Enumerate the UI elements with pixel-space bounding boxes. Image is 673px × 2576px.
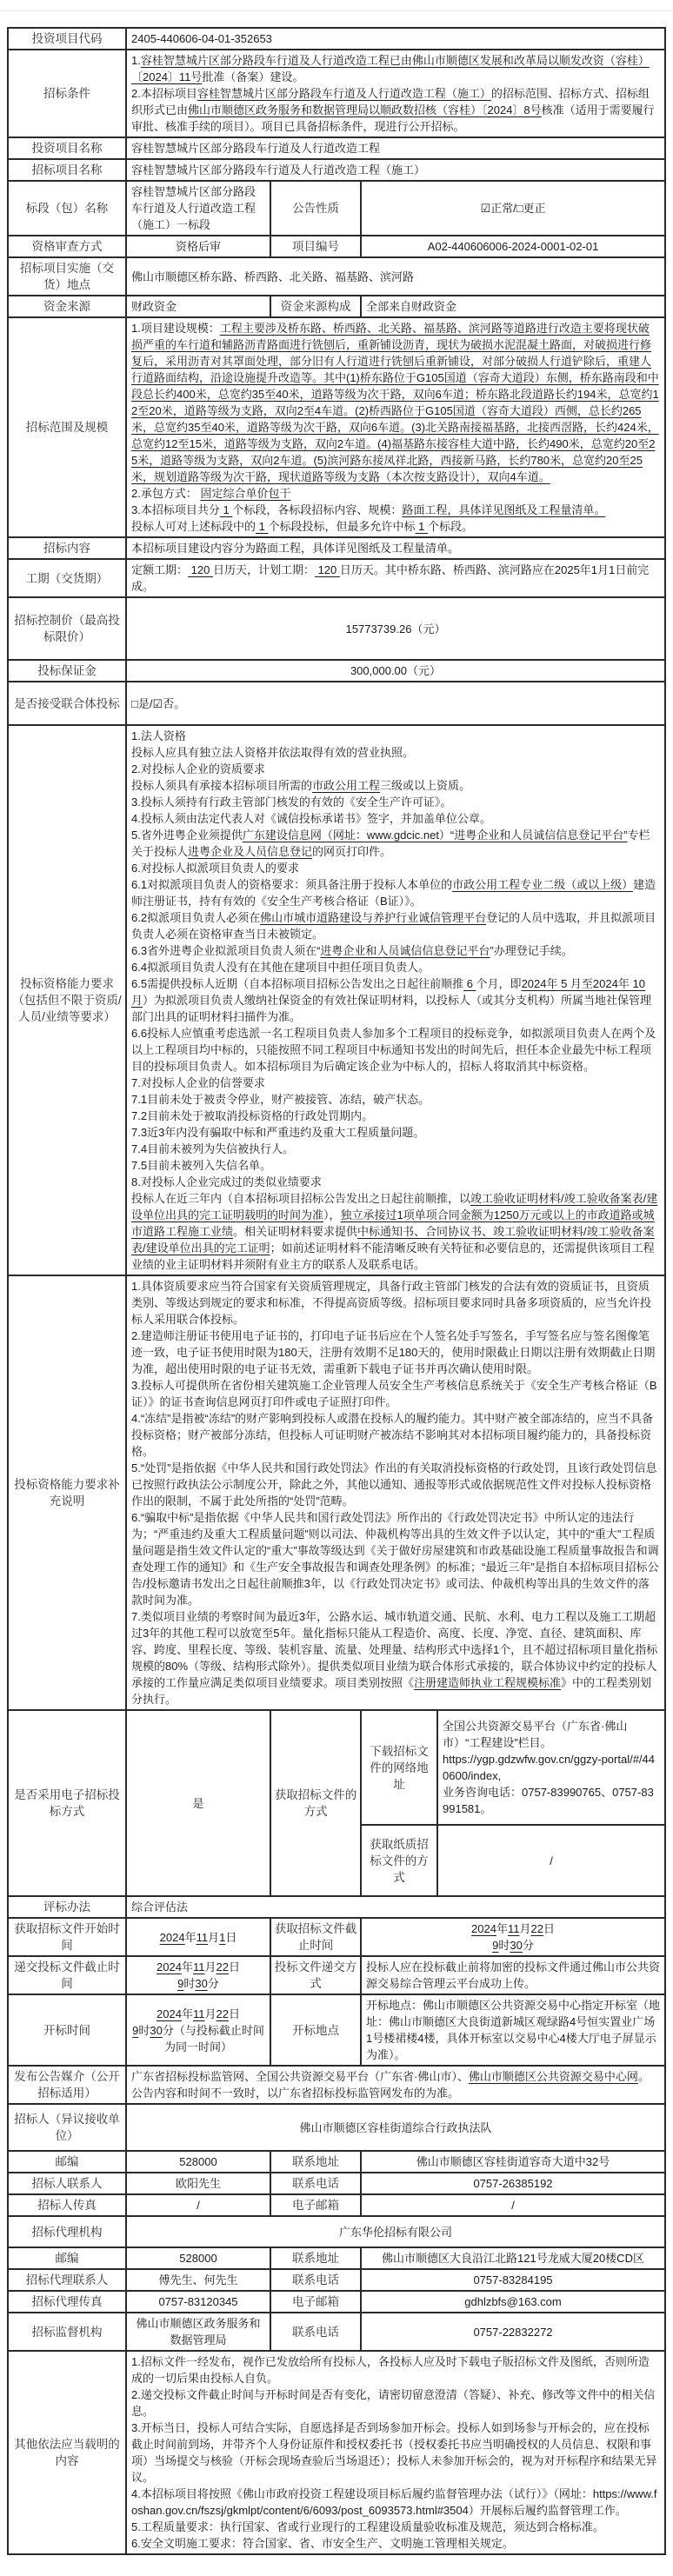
- value-tenderee-address: 佛山市顺德区容桂街道容奇大道中32号: [361, 2151, 665, 2173]
- label-doc-method: 获取招标文件的方式: [270, 1710, 361, 1896]
- label-agency-phone: 联系电话: [270, 2269, 361, 2291]
- label-download-address: 下载招标文件的网络地址: [361, 1710, 437, 1825]
- label-agency-address: 联系地址: [270, 2247, 361, 2269]
- label-tenderee-address: 联系地址: [270, 2151, 361, 2173]
- row-consortium: 是否接受联合体投标 □是/☑否。: [8, 682, 665, 725]
- label-submit-deadline: 递交投标文件截止时间: [8, 1956, 126, 1994]
- value-agency-email: gdhlzbfs@163.com: [361, 2291, 665, 2313]
- tender-notice-table: 投资项目代码 2405-440606-04-01-352653 招标条件 1.容…: [7, 27, 666, 2555]
- row-scope: 招标范围及规模 1.项目建设规模：工程主要涉及桥东路、桥西路、北关路、福基路、滨…: [8, 317, 665, 537]
- value-open-place: 开标地点：佛山市顺德区公共资源交易中心指定开标室（地址：佛山市顺德区大良街道新城…: [361, 1994, 665, 2066]
- value-other: 1.招标文件一经发布，视作已发放给所有投标人，各投标人应及时下载电子版招标文件及…: [126, 2351, 665, 2554]
- row-tender-name: 招标项目名称 容桂智慧城片区部分路段车行道及人行道改造工程（施工）: [8, 159, 665, 181]
- label-evaluation: 评标办法: [8, 1896, 126, 1918]
- value-fund-source: 财政资金: [126, 296, 270, 317]
- row-agency-contact-phone: 招标代理联系人 傅先生、何先生 联系电话 0757-83284195: [8, 2269, 665, 2291]
- label-tenderee: 招标人（异议接收单位）: [8, 2104, 126, 2151]
- label-paper-doc: 获取纸质招标文件的方式: [361, 1825, 437, 1896]
- value-open-time: 2024年11月22日9时30分（与投标截止时间为同一时间）: [126, 1994, 270, 2066]
- value-download-address: 全国公共资源交易平台（广东省·佛山市）“工程建设”栏目。https://ygp.…: [437, 1710, 665, 1825]
- label-qualification-requirements: 投标资格能力要求（包括但不限于资质/人员/业绩等要求）: [8, 725, 126, 1275]
- label-section-name: 标段（包）名称: [8, 181, 126, 236]
- label-e-bidding: 是否采用电子招标投标方式: [8, 1710, 126, 1896]
- value-tenderee-phone: 0757-26385192: [361, 2173, 665, 2194]
- value-consortium: □是/☑否。: [126, 682, 665, 725]
- value-content: 本招标项目建设内容分为路面工程，具体详见图纸及工程量清单。: [126, 537, 665, 559]
- row-supervisor: 招标监督机构 佛山市顺德区政务服务和数据管理局 联系电话 0757-228322…: [8, 2313, 665, 2351]
- label-project-no: 项目编号: [270, 236, 361, 257]
- row-section-notice-nature: 标段（包）名称 容桂智慧城片区部分路段车行道及人行道改造工程（施工）一标段 公告…: [8, 181, 665, 236]
- label-scope: 招标范围及规模: [8, 317, 126, 537]
- label-notice-nature: 公告性质: [270, 181, 361, 236]
- label-open-place: 开标地点: [270, 1994, 361, 2066]
- value-submit-deadline: 2024年11月22日9时30分: [126, 1956, 270, 1994]
- row-e-bidding-download: 是否采用电子招标投标方式 是 获取招标文件的方式 下载招标文件的网络地址 全国公…: [8, 1710, 665, 1825]
- value-media: 广东省招标投标监管网、全国公共资源交易平台（广东省·佛山市）、佛山市顺德区公共资…: [126, 2066, 665, 2104]
- value-qualification-mode: 资格后审: [126, 236, 270, 257]
- row-other: 其他依法应当载明的内容 1.招标文件一经发布，视作已发放给所有投标人，各投标人应…: [8, 2351, 665, 2554]
- value-e-bidding: 是: [126, 1710, 270, 1896]
- row-content: 招标内容 本招标项目建设内容分为路面工程，具体详见图纸及工程量清单。: [8, 537, 665, 559]
- page-top-rule: [0, 0, 673, 11]
- label-submit-method: 投标文件递交方式: [270, 1956, 361, 1994]
- label-duration: 工期（交货期）: [8, 559, 126, 597]
- value-agency-contact: 傅先生、何先生: [126, 2269, 270, 2291]
- value-scope: 1.项目建设规模：工程主要涉及桥东路、桥西路、北关路、福基路、滨河路等道路进行改…: [126, 317, 665, 537]
- label-qualification-mode: 资格审查方式: [8, 236, 126, 257]
- value-section-name: 容桂智慧城片区部分路段车行道及人行道改造工程（施工）一标段: [126, 181, 270, 236]
- value-tenderee-postcode: 528000: [126, 2151, 270, 2173]
- label-agency-fax: 招标代理传真: [8, 2291, 126, 2313]
- label-agency: 招标代理机构: [8, 2216, 126, 2247]
- row-agency-postcode-address: 邮编 528000 联系地址 佛山市顺德区大良沿江北路121号龙威大厦20楼CD…: [8, 2247, 665, 2269]
- label-doc-start: 获取招标文件开始时间: [8, 1918, 126, 1956]
- value-supervisor-phone: 0757-22832272: [361, 2313, 665, 2351]
- label-tenderee-contact: 招标人联系人: [8, 2173, 126, 2194]
- value-agency-phone: 0757-83284195: [361, 2269, 665, 2291]
- value-project-no: A02-440606006-2024-0001-02-01: [361, 236, 665, 257]
- row-bid-bond: 投标保证金 300,000.00（元）: [8, 660, 665, 682]
- row-agency-fax-email: 招标代理传真 0757-83120345 电子邮箱 gdhlzbfs@163.c…: [8, 2291, 665, 2313]
- value-submit-method: 投标人应在投标截止前将加密的投标文件通过佛山市公共资源交易综合管理云平台成功上传…: [361, 1956, 665, 1994]
- value-evaluation: 综合评估法: [126, 1896, 665, 1918]
- value-tender-name: 容桂智慧城片区部分路段车行道及人行道改造工程（施工）: [126, 159, 665, 181]
- label-tender-name: 招标项目名称: [8, 159, 126, 181]
- value-duration: 定额工期： 120 日历天，计划工期： 120 日历天。其中桥东路、桥西路、滨河…: [126, 559, 665, 597]
- value-tenderee: 佛山市顺德区容桂街道综合行政执法队: [126, 2104, 665, 2151]
- value-tenderee-contact: 欧阳先生: [126, 2173, 270, 2194]
- label-other: 其他依法应当载明的内容: [8, 2351, 126, 2554]
- value-qualification-supplement: 1.具体资质要求应当符合国家有关资质管理规定，具备行政主管部门核发的合法有效的资…: [126, 1275, 665, 1710]
- row-submit: 递交投标文件截止时间 2024年11月22日9时30分 投标文件递交方式 投标人…: [8, 1956, 665, 1994]
- label-investment-name: 投资项目名称: [8, 137, 126, 159]
- row-qualification-supplement: 投标资格能力要求补充说明 1.具体资质要求应当符合国家有关资质管理规定，具备行政…: [8, 1275, 665, 1710]
- label-control-price: 招标控制价（最高投标限价）: [8, 597, 126, 660]
- row-opening: 开标时间 2024年11月22日9时30分（与投标截止时间为同一时间） 开标地点…: [8, 1994, 665, 2066]
- label-tenderee-fax: 招标人传真: [8, 2194, 126, 2216]
- value-notice-nature: ☑正常/□更正: [361, 181, 665, 236]
- row-project-code: 投资项目代码 2405-440606-04-01-352653: [8, 28, 665, 50]
- value-agency: 广东华伦招标有限公司: [126, 2216, 665, 2247]
- row-duration: 工期（交货期） 定额工期： 120 日历天，计划工期： 120 日历天。其中桥东…: [8, 559, 665, 597]
- label-media: 发布公告媒介（公开招标适用）: [8, 2066, 126, 2104]
- value-paper-doc: /: [437, 1825, 665, 1896]
- label-location: 招标项目实施（交货）地点: [8, 257, 126, 296]
- row-investment-name: 投资项目名称 容桂智慧城片区部分路段车行道及人行道改造工程: [8, 137, 665, 159]
- value-supervisor: 佛山市顺德区政务服务和数据管理局: [126, 2313, 270, 2351]
- label-supervisor: 招标监督机构: [8, 2313, 126, 2351]
- value-doc-end: 2024年11月22日9时30分: [361, 1918, 665, 1956]
- label-agency-contact: 招标代理联系人: [8, 2269, 126, 2291]
- label-supervisor-phone: 联系电话: [270, 2313, 361, 2351]
- row-qualification-mode-project-no: 资格审查方式 资格后审 项目编号 A02-440606006-2024-0001…: [8, 236, 665, 257]
- value-tenderee-email: /: [361, 2194, 665, 2216]
- label-fund-composition: 资金来源构成: [270, 296, 361, 317]
- label-tenderee-postcode: 邮编: [8, 2151, 126, 2173]
- row-funding: 资金来源 财政资金 资金来源构成 全部来自财政资金: [8, 296, 665, 317]
- row-tenderee-contact-phone: 招标人联系人 欧阳先生 联系电话 0757-26385192: [8, 2173, 665, 2194]
- label-doc-end: 获取招标文件截止时间: [270, 1918, 361, 1956]
- label-open-time: 开标时间: [8, 1994, 126, 2066]
- label-agency-email: 电子邮箱: [270, 2291, 361, 2313]
- label-consortium: 是否接受联合体投标: [8, 682, 126, 725]
- row-location: 招标项目实施（交货）地点 佛山市顺德区桥东路、桥西路、北关路、福基路、滨河路: [8, 257, 665, 296]
- row-tenderee-fax-email: 招标人传真 / 电子邮箱 /: [8, 2194, 665, 2216]
- value-doc-start: 2024年11月1日: [126, 1918, 270, 1956]
- label-project-code: 投资项目代码: [8, 28, 126, 50]
- label-qualification-supplement: 投标资格能力要求补充说明: [8, 1275, 126, 1710]
- row-doc-times: 获取招标文件开始时间 2024年11月1日 获取招标文件截止时间 2024年11…: [8, 1918, 665, 1956]
- row-evaluation: 评标办法 综合评估法: [8, 1896, 665, 1918]
- label-bid-bond: 投标保证金: [8, 660, 126, 682]
- label-fund-source: 资金来源: [8, 296, 126, 317]
- row-agency: 招标代理机构 广东华伦招标有限公司: [8, 2216, 665, 2247]
- row-media: 发布公告媒介（公开招标适用） 广东省招标投标监管网、全国公共资源交易平台（广东省…: [8, 2066, 665, 2104]
- label-tender-conditions: 招标条件: [8, 50, 126, 137]
- label-agency-postcode: 邮编: [8, 2247, 126, 2269]
- value-tender-conditions: 1.容桂智慧城片区部分路段车行道及人行道改造工程已由佛山市顺德区发展和改革局以顺…: [126, 50, 665, 137]
- value-fund-composition: 全部来自财政资金: [361, 296, 665, 317]
- row-tender-conditions: 招标条件 1.容桂智慧城片区部分路段车行道及人行道改造工程已由佛山市顺德区发展和…: [8, 50, 665, 137]
- row-tenderee-postcode-address: 邮编 528000 联系地址 佛山市顺德区容桂街道容奇大道中32号: [8, 2151, 665, 2173]
- value-bid-bond: 300,000.00（元）: [126, 660, 665, 682]
- value-qualification-requirements: 1.法人资格投标人应具有独立法人资格并依法取得有效的营业执照。2.对投标人企业的…: [126, 725, 665, 1275]
- label-tenderee-phone: 联系电话: [270, 2173, 361, 2194]
- value-tenderee-fax: /: [126, 2194, 270, 2216]
- label-content: 招标内容: [8, 537, 126, 559]
- row-qualification-requirements: 投标资格能力要求（包括但不限于资质/人员/业绩等要求） 1.法人资格投标人应具有…: [8, 725, 665, 1275]
- value-agency-postcode: 528000: [126, 2247, 270, 2269]
- value-investment-name: 容桂智慧城片区部分路段车行道及人行道改造工程: [126, 137, 665, 159]
- row-control-price: 招标控制价（最高投标限价） 15773739.26（元）: [8, 597, 665, 660]
- value-location: 佛山市顺德区桥东路、桥西路、北关路、福基路、滨河路: [126, 257, 665, 296]
- row-tenderee: 招标人（异议接收单位） 佛山市顺德区容桂街道综合行政执法队: [8, 2104, 665, 2151]
- label-tenderee-email: 电子邮箱: [270, 2194, 361, 2216]
- value-project-code: 2405-440606-04-01-352653: [126, 28, 665, 50]
- value-agency-address: 佛山市顺德区大良沿江北路121号龙威大厦20楼CD区: [361, 2247, 665, 2269]
- value-agency-fax: 0757-83120345: [126, 2291, 270, 2313]
- value-control-price: 15773739.26（元）: [126, 597, 665, 660]
